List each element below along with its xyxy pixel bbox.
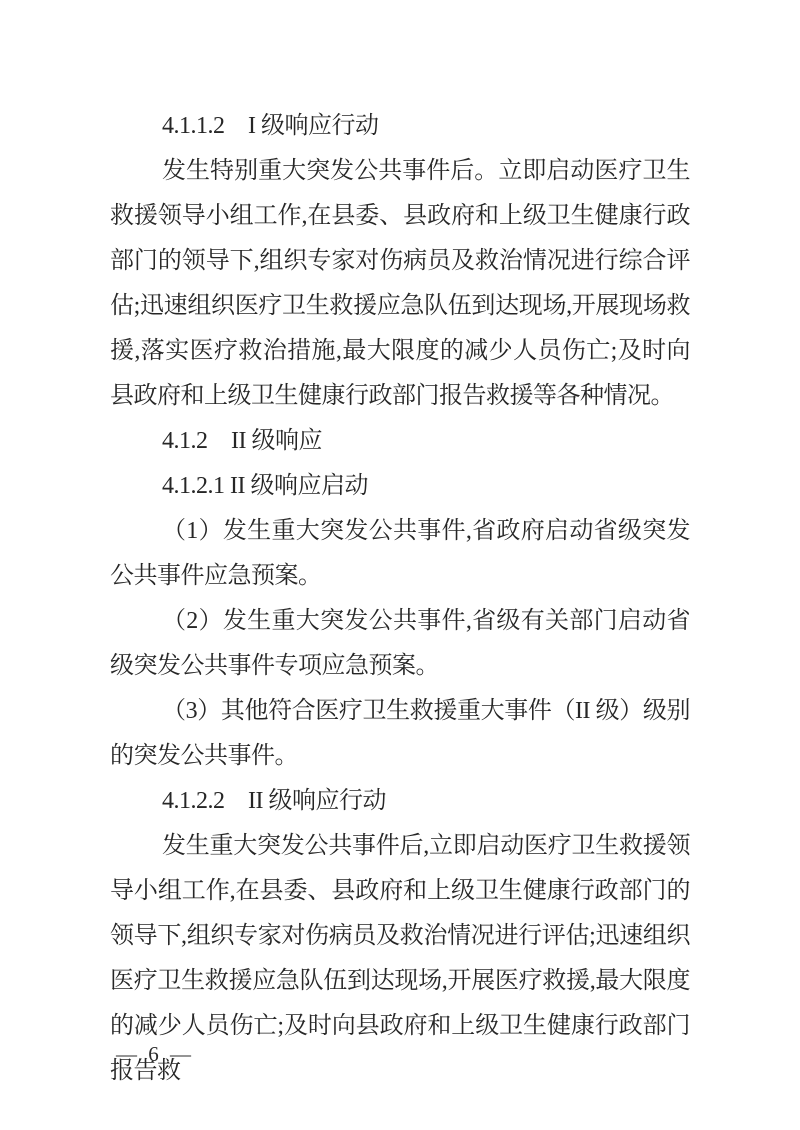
page-number: — 6 — [116,1042,194,1067]
document-content: 4.1.1.2 I 级响应行动 发生特别重大突发公共事件后。立即启动医疗卫生救援… [110,104,690,1094]
section-heading-4-1-2-1: 4.1.2.1 II 级响应启动 [110,464,690,509]
section-heading-4-1-1-2: 4.1.1.2 I 级响应行动 [110,104,690,149]
body-paragraph-item-2: （2）发生重大突发公共事件,省级有关部门启动省级突发公共事件专项应急预案。 [110,599,690,689]
section-heading-4-1-2: 4.1.2 II 级响应 [110,419,690,464]
body-paragraph-item-1: （1）发生重大突发公共事件,省政府启动省级突发公共事件应急预案。 [110,509,690,599]
section-heading-4-1-2-2: 4.1.2.2 II 级响应行动 [110,779,690,824]
body-paragraph-level1-action: 发生特别重大突发公共事件后。立即启动医疗卫生救援领导小组工作,在县委、县政府和上… [110,149,690,419]
body-paragraph-item-3: （3）其他符合医疗卫生救援重大事件（II 级）级别的突发公共事件。 [110,689,690,779]
document-page: 4.1.1.2 I 级响应行动 发生特别重大突发公共事件后。立即启动医疗卫生救援… [0,0,800,1130]
body-paragraph-level2-action: 发生重大突发公共事件后,立即启动医疗卫生救援领导小组工作,在县委、县政府和上级卫… [110,824,690,1094]
